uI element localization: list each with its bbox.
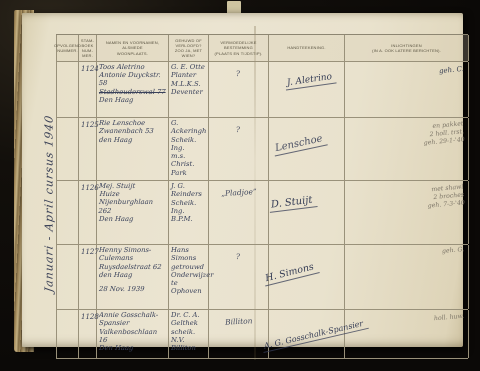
handwritten-line: Zwanenbach 53 xyxy=(99,127,167,135)
cell-inlichtingen: holl. huw. xyxy=(345,310,469,358)
annotation-line: holl. huw. xyxy=(434,313,465,323)
handwritten-line: den Haag xyxy=(99,271,167,279)
cell-inlichtingen: en pakket2 holl. trst.geh. 29-1-'40 xyxy=(345,118,469,180)
header-line: VERMOEDELIJKE BESTEMMING xyxy=(210,40,267,50)
ledger-row: 1128Annie Gosschalk-SpansierValkenboschl… xyxy=(56,310,468,359)
pencil-annotation: geh. G. xyxy=(441,246,464,256)
signature: Lenschoe xyxy=(272,133,328,157)
handwritten-line: 28 Nov. 1939 xyxy=(99,285,167,293)
handwritten-line: G. Ackeringh xyxy=(171,119,206,136)
handwritten-line: B.P.M. xyxy=(171,215,206,223)
ledger-row: 1126Mej. StuijtHuize Nijenburghlaan 262D… xyxy=(56,181,468,245)
entry-number: 1126 xyxy=(81,182,94,192)
entry-number: 1125 xyxy=(81,119,94,129)
cell-handtekening: A. G. Gosschalk-Spansier xyxy=(269,310,345,358)
pencil-annotation: en pakket2 holl. trst.geh. 29-1-'40 xyxy=(422,120,465,147)
cell-gehuwd-met-wien: Dr. C. A. Gelthekscheik. N.V.Billiton xyxy=(169,310,209,358)
handwritten-line: Huize Nijenburghlaan 262 xyxy=(98,190,167,215)
handwritten-line: Scheik. Ing. xyxy=(171,136,206,153)
handwritten-line: Den Haag xyxy=(99,215,167,223)
cell-bestemming: ? xyxy=(209,118,269,180)
header-line: HANDTEEKENING. xyxy=(287,45,325,50)
cell-naam-woonplaats: Henny Simons-CulemansRuysdaelstraat 62de… xyxy=(97,245,169,309)
pencil-annotation: geh. C. xyxy=(439,65,465,76)
col-header-stamboek: STAM-BOEKNUM-MER. xyxy=(79,35,97,61)
cell-volgnummer xyxy=(57,118,79,180)
cell-gehuwd-met-wien: G. E. OttePlanterM.L.K.S.Deventer xyxy=(169,62,209,117)
col-header-inlichtingen: INLICHTINGEN(IN A. OOK LATERE BERICHTEN)… xyxy=(345,35,469,61)
cell-handtekening: H. Simons xyxy=(269,245,345,309)
entry-number: 1127 xyxy=(81,246,94,256)
handwritten-line: Deventer xyxy=(171,88,206,96)
ledger-page: Januari - April cursus 1940 OPVOLGENDNUM… xyxy=(22,13,463,347)
entry-number: 1124 xyxy=(81,63,94,73)
pencil-annotation: met shawl2 brochesgeh. 7-3-'40 xyxy=(426,183,465,209)
cell-handtekening: Lenschoe xyxy=(269,118,345,180)
col-header-gehuwd: GEHUWD OF VERLOOFD?ZOO JA, MET WIEN? xyxy=(169,35,209,61)
col-header-volgnummer: OPVOLGENDNUMMER. xyxy=(57,35,79,61)
destination-text: Billiton xyxy=(224,314,252,326)
ledger-row: 1124Toos AletrinoAntonie Duyckstr. 58Sta… xyxy=(56,62,468,118)
destination-text: ? xyxy=(236,123,241,134)
cell-naam-woonplaats: Rie LenschoeZwanenbach 53den Haag xyxy=(97,118,169,180)
cell-naam-woonplaats: Toos AletrinoAntonie Duyckstr. 58Stadhou… xyxy=(97,62,169,117)
handwritten-line: Den Haag xyxy=(99,96,167,104)
destination-text: „Pladjoe” xyxy=(220,185,256,198)
cell-naam-woonplaats: Mej. StuijtHuize Nijenburghlaan 262Den H… xyxy=(97,181,169,244)
cell-gehuwd-met-wien: G. AckeringhScheik. Ing.m.s. Christ. Par… xyxy=(169,118,209,180)
header-line: NAMEN EN VOORNAMEN, ALSMEDE xyxy=(98,40,167,50)
ledger-row: 1125Rie LenschoeZwanenbach 53den HaagG. … xyxy=(56,118,468,181)
handwritten-line: Den Haag xyxy=(99,344,167,352)
ledger-photograph: Januari - April cursus 1940 OPVOLGENDNUM… xyxy=(0,0,480,371)
cell-volgnummer xyxy=(57,62,79,117)
cell-volgnummer xyxy=(57,310,79,358)
col-header-bestemming: VERMOEDELIJKE BESTEMMING(PLAATS EN TIJDS… xyxy=(209,35,269,61)
col-header-naam: NAMEN EN VOORNAMEN, ALSMEDEWOONPLAATS. xyxy=(97,35,169,61)
destination-text: ? xyxy=(236,67,241,78)
handwritten-line: Dr. C. A. Gelthek xyxy=(171,311,206,328)
cell-gehuwd-met-wien: J. G. ReindersScheik. Ing.B.P.M. xyxy=(169,181,209,244)
cell-bestemming: Billiton xyxy=(209,310,269,358)
cell-stamboeknummer: 1126 xyxy=(79,181,97,244)
ledger-row: 1127Henny Simons-CulemansRuysdaelstraat … xyxy=(56,245,468,310)
margin-handwritten-note: Januari - April cursus 1940 xyxy=(43,58,56,350)
handwritten-line: scheik. N.V. xyxy=(171,328,206,345)
handwritten-line: getrouwd xyxy=(171,263,206,271)
header-line: MER. xyxy=(82,53,93,58)
cell-volgnummer xyxy=(57,181,79,244)
handwritten-line: Planter xyxy=(171,71,206,79)
handwritten-line: G. E. Otte xyxy=(171,63,206,71)
handwritten-line: Ruysdaelstraat 62 xyxy=(99,263,167,271)
handwritten-line: m.s. Christ. Park xyxy=(171,152,206,177)
header-line: WOONPLAATS. xyxy=(117,51,148,56)
pencil-annotation: holl. huw. xyxy=(434,313,465,323)
header-row: OPVOLGENDNUMMER.STAM-BOEKNUM-MER.NAMEN E… xyxy=(56,35,468,62)
handwritten-line: Billiton xyxy=(171,344,206,352)
header-line: (IN A. OOK LATERE BERICHTEN). xyxy=(372,48,441,53)
cell-stamboeknummer: 1128 xyxy=(79,310,97,358)
header-line: (PLAATS EN TIJDSTIP). xyxy=(214,51,262,56)
signature: D. Stuijt xyxy=(268,194,317,213)
cell-inlichtingen: geh. C. xyxy=(345,62,469,117)
handwritten-line: Hans Simons xyxy=(171,246,206,263)
handwritten-line: Antonie Duyckstr. 58 xyxy=(98,71,166,88)
cell-naam-woonplaats: Annie Gosschalk-SpansierValkenboschlaan … xyxy=(97,310,169,358)
handwritten-line: J. G. Reinders xyxy=(171,182,206,199)
annotation-line: geh. G. xyxy=(441,246,464,256)
cell-handtekening: J. Aletrino xyxy=(269,62,345,117)
col-header-handtekening: HANDTEEKENING. xyxy=(269,35,345,61)
handwritten-line: Valkenboschlaan 16 xyxy=(98,328,166,345)
cell-bestemming: ? xyxy=(209,62,269,117)
cell-inlichtingen: geh. G. xyxy=(345,245,469,309)
cell-handtekening: D. Stuijt xyxy=(269,181,345,244)
entry-number: 1128 xyxy=(81,311,94,321)
cell-inlichtingen: met shawl2 brochesgeh. 7-3-'40 xyxy=(345,181,469,244)
cell-volgnummer xyxy=(57,245,79,309)
handwritten-line: Onderwijzer xyxy=(171,271,206,279)
handwritten-line: Stadhouderswal 77 xyxy=(99,88,167,96)
cell-stamboeknummer: 1125 xyxy=(79,118,97,180)
cell-stamboeknummer: 1127 xyxy=(79,245,97,309)
header-line: GEHUWD OF VERLOOFD? xyxy=(170,38,207,48)
signature: J. Aletrino xyxy=(284,71,337,90)
header-line: NUMMER. xyxy=(57,48,78,53)
handwritten-line: den Haag xyxy=(99,136,167,144)
cell-bestemming: „Pladjoe” xyxy=(209,181,269,244)
cell-stamboeknummer: 1124 xyxy=(79,62,97,117)
handwritten-line: Culemans xyxy=(99,254,167,262)
cell-gehuwd-met-wien: Hans SimonsgetrouwdOnderwijzerte Ophoven xyxy=(169,245,209,309)
handwritten-line: M.L.K.S. xyxy=(171,80,206,88)
destination-text: ? xyxy=(236,250,241,261)
annotation-line: geh. C. xyxy=(439,65,465,76)
signature: H. Simons xyxy=(262,260,319,286)
header-line: ZOO JA, MET WIEN? xyxy=(170,48,207,58)
handwritten-line: Spansier xyxy=(99,319,167,327)
handwritten-line: te Ophoven xyxy=(171,279,206,296)
ledger-table: OPVOLGENDNUMMER.STAM-BOEKNUM-MER.NAMEN E… xyxy=(56,34,468,359)
cell-bestemming: ? xyxy=(209,245,269,309)
handwritten-line: Scheik. Ing. xyxy=(171,199,206,216)
